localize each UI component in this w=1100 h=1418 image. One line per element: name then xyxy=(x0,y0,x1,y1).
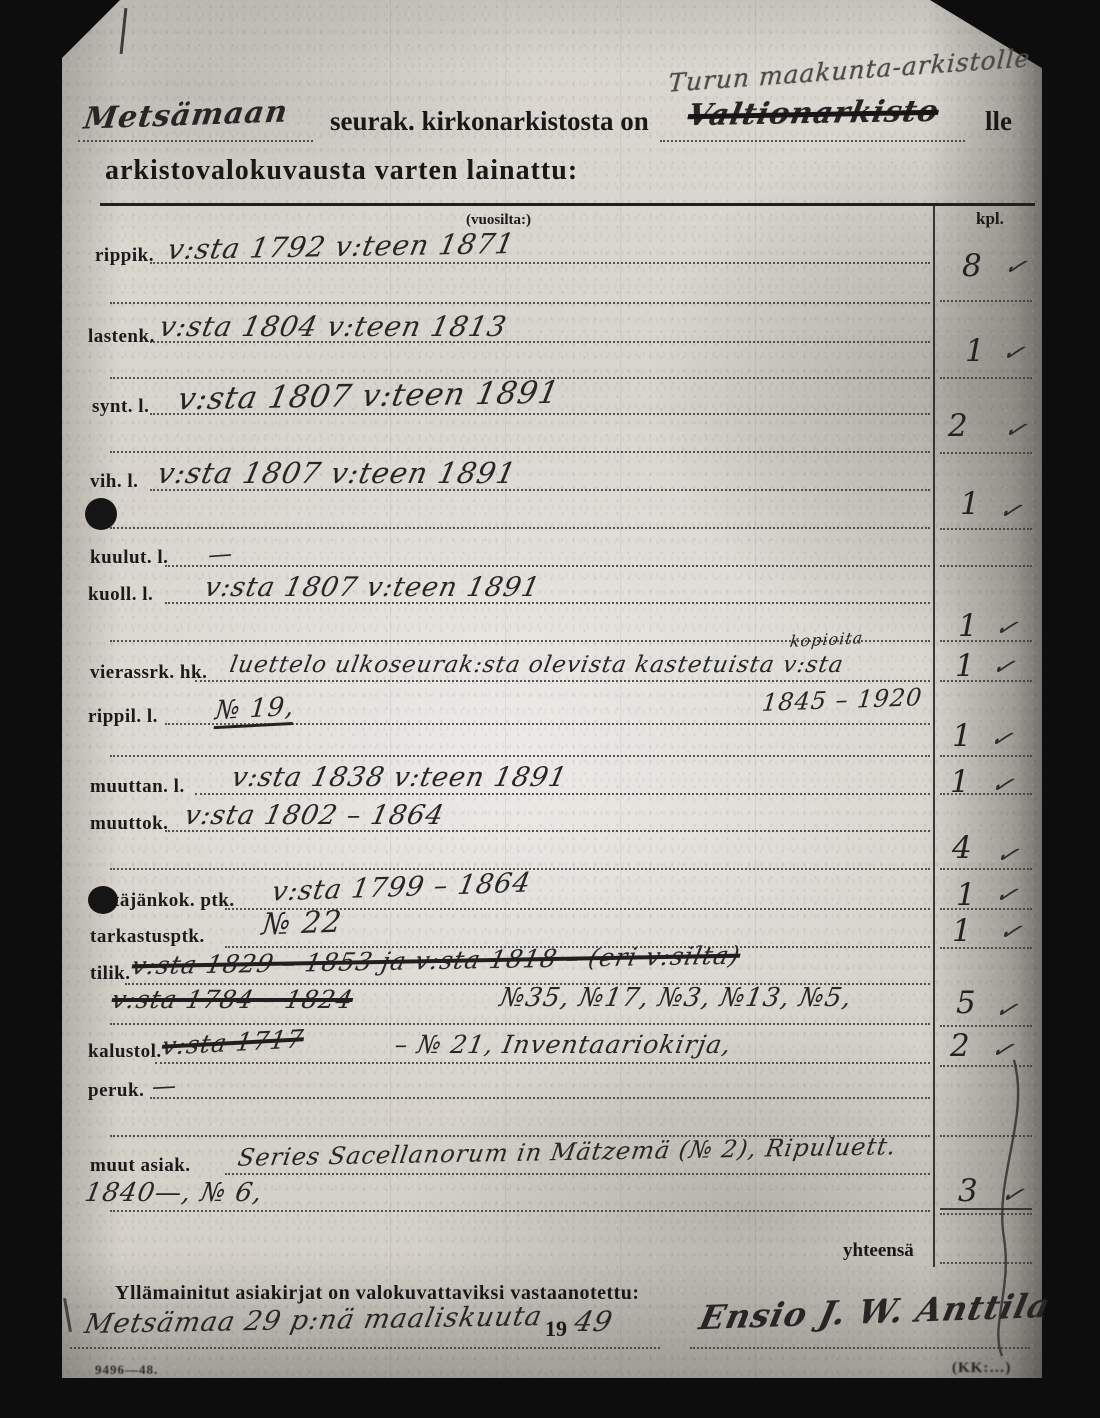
fold-line xyxy=(755,0,756,1378)
count-column-separator xyxy=(933,205,935,1267)
signature-underline xyxy=(690,1347,1030,1349)
scan-edge-right xyxy=(1042,0,1100,1418)
column-header-count: kpl. xyxy=(976,209,1004,229)
value-kuoll: v:sta 1807 v:teen 1891 xyxy=(202,572,543,603)
scan-edge-bottom xyxy=(0,1378,1100,1418)
row-label-muuttok: muuttok. xyxy=(90,813,168,835)
row-label-vih: vih. l. xyxy=(90,471,138,493)
row-label-tilik: tilik. xyxy=(90,963,130,985)
punch-hole xyxy=(88,886,118,914)
underline-recipient xyxy=(660,140,965,142)
value-vierassrk-years: 1845 – 1920 xyxy=(761,683,924,717)
fold-line xyxy=(505,0,506,1378)
kpl-line xyxy=(940,868,1032,870)
scanned-document: Turun maakunta-arkistolle Metsämaan seur… xyxy=(0,0,1100,1418)
kpl-line xyxy=(940,452,1032,454)
value-tarkastusptk: № 22 xyxy=(260,905,344,943)
kpl-lastenk: 1 xyxy=(965,333,985,369)
kpl-line xyxy=(940,300,1032,302)
value-rippil: № 19, xyxy=(214,692,296,729)
row-label-tajankok: täjänkok. ptk. xyxy=(113,890,235,912)
fold-line xyxy=(620,0,621,1378)
row-label-peruk: peruk. xyxy=(88,1080,144,1102)
kpl-synt: 2 xyxy=(948,408,968,444)
kpl-line xyxy=(940,755,1032,757)
kpl-kuoll: 1 xyxy=(958,608,978,644)
value-tilik-struck2: v:sta 1784 – 1824 xyxy=(109,985,356,1014)
row-label-lastenk: lastenk. xyxy=(88,326,155,348)
header-printed-suffix: lle xyxy=(985,106,1012,137)
kpl-vih: 1 xyxy=(960,486,980,522)
value-tilik-numbers: №35, №17, №3, №13, №5, xyxy=(497,983,854,1013)
value-vierassrk-note: kopioita xyxy=(789,628,865,651)
row-label-rippil: rippil. l. xyxy=(88,706,158,728)
rule-line xyxy=(110,527,930,529)
rule-line xyxy=(225,1173,930,1175)
header-printed-text: seurak. kirkonarkistosta on xyxy=(330,106,649,137)
value-vierassrk: luettelo ulkoseurak:sta olevista kastetu… xyxy=(228,652,846,678)
value-kuulut-dash: — xyxy=(207,539,234,569)
crossed-out-recipient: Valtionarkisto xyxy=(685,94,942,133)
value-lastenk: v:sta 1804 v:teen 1813 xyxy=(156,310,509,343)
row-label-vierassrk: vierassrk. hk. xyxy=(90,662,207,684)
kpl-line xyxy=(940,565,1032,567)
kpl-tarkastusptk: 1 xyxy=(952,913,972,949)
value-synt: v:sta 1807 v:teen 1891 xyxy=(175,375,563,418)
row-label-kalustol: kalustol. xyxy=(88,1041,162,1063)
kpl-line xyxy=(940,377,1032,379)
kpl-vierassrk: 1 xyxy=(955,648,975,684)
kpl-line xyxy=(940,793,1032,795)
rule-line xyxy=(110,755,930,757)
row-label-kuoll: kuoll. l. xyxy=(88,584,153,606)
value-rippik: v:sta 1792 v:teen 1871 xyxy=(165,227,518,266)
kpl-kalustol: 2 xyxy=(950,1028,970,1064)
fold-line xyxy=(390,0,391,1378)
scan-edge-left xyxy=(0,0,62,1418)
kpl-line xyxy=(940,947,1032,949)
row-label-synt: synt. l. xyxy=(92,396,149,418)
value-kalustol: – № 21, Inventaariokirja, xyxy=(392,1030,733,1059)
rule-line xyxy=(110,1210,930,1212)
row-label-muut-asiak: muut asiak. xyxy=(90,1155,191,1177)
kpl-tilik: 5 xyxy=(956,985,976,1021)
rule-line xyxy=(150,1097,930,1099)
kpl-line xyxy=(940,908,1032,910)
year-printed: 19 xyxy=(545,1316,567,1342)
value-peruk-dash: — xyxy=(151,1071,177,1100)
kpl-line xyxy=(940,528,1032,530)
row-label-rippik: rippik. xyxy=(95,245,154,267)
kpl-line xyxy=(940,680,1032,682)
rule-line xyxy=(195,680,930,682)
row-label-kuulut: kuulut. l. xyxy=(90,547,168,569)
kpl-rippik: 8 xyxy=(962,248,982,284)
value-vih: v:sta 1807 v:teen 1891 xyxy=(154,456,519,490)
rule-line xyxy=(155,1062,930,1064)
rule-line xyxy=(110,302,930,304)
total-label: yhteensä xyxy=(843,1240,914,1262)
value-muuttan: v:sta 1838 v:teen 1891 xyxy=(229,762,570,793)
rule-line xyxy=(110,451,930,453)
punch-hole xyxy=(85,498,117,530)
value-muut-asiak-line2: 1840—, № 6, xyxy=(82,1178,265,1208)
received-statement: Yllämainitut asiakirjat on valokuvattavi… xyxy=(115,1282,640,1305)
kpl-rippil: 1 xyxy=(952,718,972,754)
row-label-muuttan: muuttan. l. xyxy=(90,776,185,798)
year-handwritten: 49 xyxy=(571,1305,616,1338)
kpl-muuttok: 4 xyxy=(952,830,972,866)
header-rule xyxy=(100,203,1035,206)
form-code: 9496—48. xyxy=(95,1362,158,1378)
underline-parish xyxy=(78,140,313,142)
row-label-tarkastusptk: tarkastusptk. xyxy=(90,926,205,948)
stamp-code: (KK:…) xyxy=(952,1360,1011,1377)
rule-line xyxy=(165,565,930,567)
kpl-line xyxy=(940,1025,1032,1027)
rule-line xyxy=(110,1023,930,1025)
header-line2: arkistovalokuvausta varten lainattu: xyxy=(105,155,578,187)
rule-line xyxy=(195,793,930,795)
parish-name-handwritten: Metsämaan xyxy=(82,94,291,136)
value-muuttok: v:sta 1802 – 1864 xyxy=(182,800,447,831)
date-underline xyxy=(70,1347,660,1349)
kpl-line xyxy=(940,640,1032,642)
